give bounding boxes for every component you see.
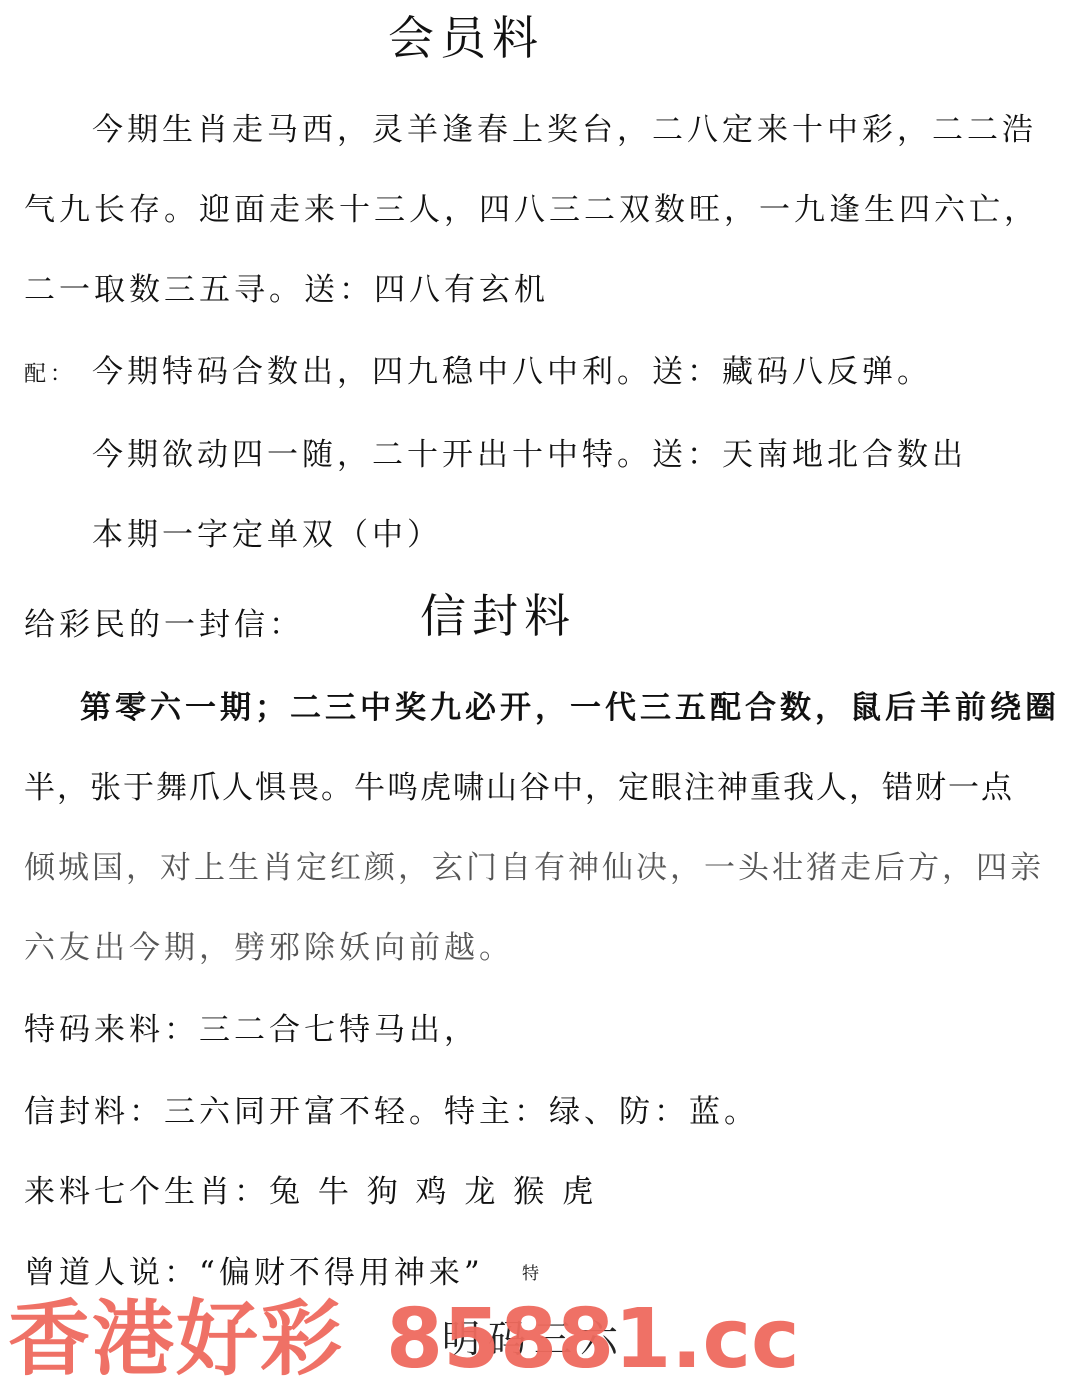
member-line-1: 今期生肖走马西，灵羊逢春上奖台，二八定来十中彩，二二浩: [92, 110, 1037, 150]
watermark-text: 香港好彩: [8, 1292, 344, 1387]
watermark: 香港好彩85881.cc: [8, 1290, 800, 1388]
letter-line-1: 第零六一期；二三中奖九必开，一代三五配合数，鼠后羊前绕圈: [80, 688, 1060, 728]
pair-line-1: 今期特码合数出，四九稳中八中利。送：藏码八反弹。: [92, 352, 932, 392]
pair-line-3: 本期一字定单双（中）: [92, 515, 442, 555]
pair-line-2: 今期欲动四一随，二十开出十中特。送：天南地北合数出: [92, 435, 967, 475]
member-line-3: 二一取数三五寻。送：四八有玄机: [24, 270, 549, 310]
envelope-line: 信封料：三六同开富不轻。特主：绿、防：蓝。: [24, 1092, 759, 1132]
letter-title: 信封料: [420, 588, 576, 644]
saying-line: 曾道人说：“偏财不得用神来”: [24, 1253, 484, 1293]
member-line-2: 气九长存。迎面走来十三人，四八三二双数旺，一九逢生四六亡，: [24, 190, 1039, 230]
saying-note: 特: [522, 1264, 539, 1284]
member-title: 会员料: [388, 10, 544, 66]
letter-line-2: 半，张于舞爪人惧畏。牛鸣虎啸山谷中，定眼注神重我人，错财一点: [24, 768, 1014, 808]
special-code-line: 特码来料：三二合七特马出，: [24, 1010, 479, 1050]
pair-label: 配：: [24, 355, 76, 395]
letter-line-3: 倾城国，对上生肖定红颜，玄门自有神仙决，一头壮猪走后方，四亲: [24, 848, 1044, 888]
letter-intro: 给彩民的一封信：: [24, 605, 304, 645]
zodiac-line: 来料七个生肖：兔 牛 狗 鸡 龙 猴 虎: [24, 1172, 597, 1212]
watermark-domain: 85881.cc: [386, 1292, 800, 1387]
letter-line-4: 六友出今期，劈邪除妖向前越。: [24, 928, 514, 968]
